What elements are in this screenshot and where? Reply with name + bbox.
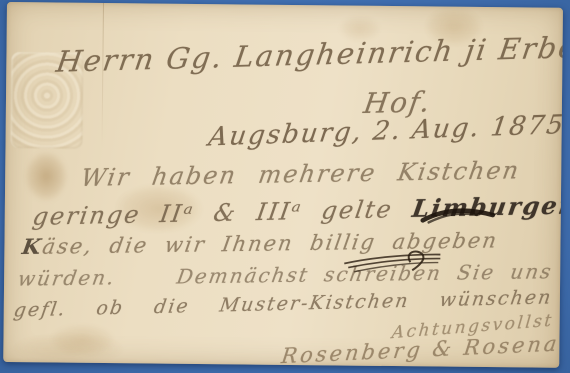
date-text: Augsburg, 2. Aug. 1875. — [207, 110, 563, 153]
stain — [38, 318, 126, 361]
recipient-line: Herrn Gg. Langheinrich ji Erbe, — [56, 30, 563, 79]
body-line-3: Käse, die wir Ihnen billig abgeben — [22, 227, 498, 259]
recipient-text: Herrn Gg. Langheinrich ji Erbe, — [54, 30, 563, 79]
body-line-4-text: würden. Demnächst schreiben Sie uns — [16, 259, 554, 291]
photo-background: Herrn Gg. Langheinrich ji Erbe, Hof. Aug… — [0, 0, 570, 373]
postcard: Herrn Gg. Langheinrich ji Erbe, Hof. Aug… — [3, 2, 563, 368]
body-line-2-text: geringe IIᵃ & IIIᵃ gelte — [31, 195, 415, 231]
body-line-1-text: Wir haben mehrere Kistchen — [79, 156, 522, 192]
body-line-3-text: äse, die wir Ihnen billig abgeben — [41, 228, 500, 258]
body-line-2-dark-word: Limburger — [410, 190, 563, 222]
body-line-4: würden. Demnächst schreiben Sie uns — [18, 259, 553, 290]
body-line-1: Wir haben mehrere Kistchen — [81, 156, 520, 192]
stain — [3, 328, 143, 368]
body-line-2: geringe IIᵃ & IIIᵃ gelte Limburger — [33, 190, 563, 230]
date-line: Augsburg, 2. Aug. 1875. — [208, 110, 563, 153]
